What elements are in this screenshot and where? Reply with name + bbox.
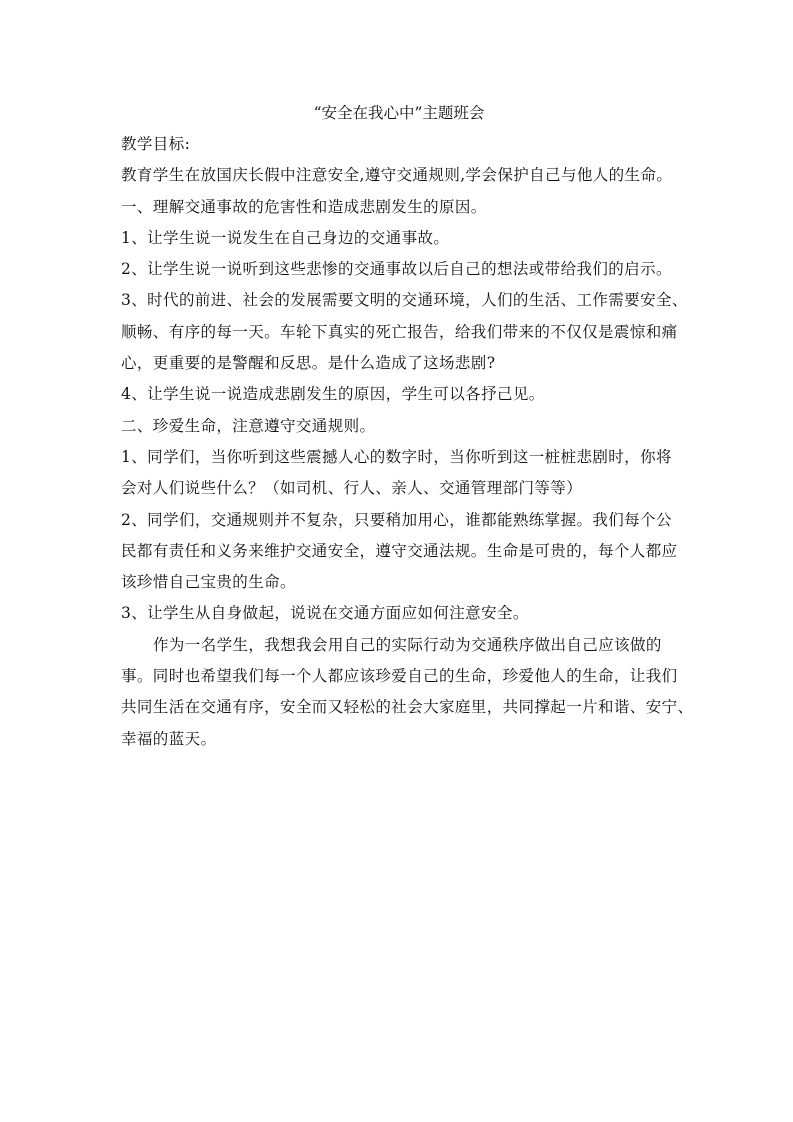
- paragraph-line: 4、让学生说一说造成悲剧发生的原因，学生可以各抒己见。: [121, 379, 677, 410]
- document-page: “安全在我心中”主题班会 教学目标: 教育学生在放国庆长假中注意安全,遵守交通规…: [121, 98, 677, 755]
- paragraph-line: 民都有责任和义务来维护交通安全，遵守交通法规。生命是可贵的，每个人都应: [121, 536, 677, 567]
- paragraph-line: 心，更重要的是警醒和反思。是什么造成了这场悲剧?: [121, 348, 677, 379]
- paragraph-line: 会对人们说些什么？（如司机、行人、亲人、交通管理部门等等）: [121, 473, 677, 504]
- paragraph-line: 1、同学们，当你听到这些震撼人心的数字时，当你听到这一桩桩悲剧时，你将: [121, 442, 677, 473]
- closing-paragraph-line: 幸福的蓝天。: [121, 724, 677, 755]
- section-label-objectives: 教学目标:: [121, 129, 677, 160]
- paragraph-line: 2、同学们，交通规则并不复杂，只要稍加用心，谁都能熟练掌握。我们每个公: [121, 505, 677, 536]
- section-heading-1: 一、理解交通事故的危害性和造成悲剧发生的原因。: [121, 192, 677, 223]
- objective-text: 教育学生在放国庆长假中注意安全,遵守交通规则,学会保护自己与他人的生命。: [121, 160, 677, 191]
- paragraph-line: 顺畅、有序的每一天。车轮下真实的死亡报告，给我们带来的不仅仅是震惊和痛: [121, 317, 677, 348]
- closing-paragraph-line: 共同生活在交通有序，安全而又轻松的社会大家庭里，共同撑起一片和谐、安宁、: [121, 692, 677, 723]
- closing-paragraph-line: 事。同时也希望我们每一个人都应该珍爱自己的生命，珍爱他人的生命，让我们: [121, 661, 677, 692]
- closing-paragraph-line: 作为一名学生，我想我会用自己的实际行动为交通秩序做出自己应该做的: [121, 630, 677, 661]
- paragraph-line: 3、时代的前进、社会的发展需要文明的交通环境，人们的生活、工作需要安全、: [121, 285, 677, 316]
- paragraph-line: 1、让学生说一说发生在自己身边的交通事故。: [121, 223, 677, 254]
- paragraph-line: 该珍惜自己宝贵的生命。: [121, 567, 677, 598]
- paragraph-line: 2、让学生说一说听到这些悲惨的交通事故以后自己的想法或带给我们的启示。: [121, 254, 677, 285]
- document-title: “安全在我心中”主题班会: [121, 98, 677, 129]
- paragraph-line: 3、让学生从自身做起，说说在交通方面应如何注意安全。: [121, 598, 677, 629]
- section-heading-2: 二、珍爱生命，注意遵守交通规则。: [121, 411, 677, 442]
